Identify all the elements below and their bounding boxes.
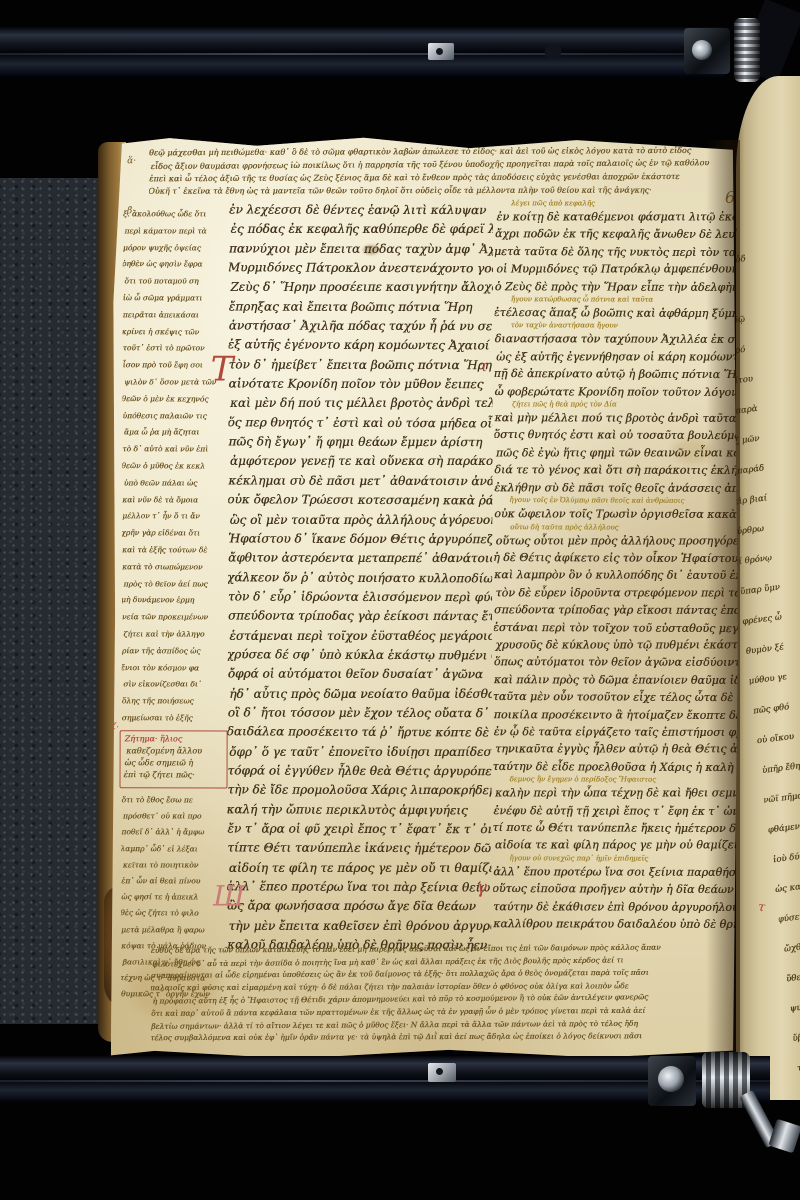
slider-screw-icon bbox=[436, 1068, 443, 1075]
paraphrase-line: ἡ δὲ Θέτις ἀφίκετο εἰς τὸν οἶκον Ἡφαίστο… bbox=[493, 549, 741, 568]
verse-line: ὄφρά οἱ αὐτόματοι θεῖον δυσαίατ᾽ ἀγῶνα bbox=[228, 665, 492, 685]
paraphrase-line: χρυσοῦς δὲ κύκλους ὑπὸ τῷ πυθμένι ἑκάστῳ… bbox=[495, 636, 743, 653]
scholia-line: Οὐκῆ τ᾽ ἐκεῖνα τὰ ἔθνη ὡς τὰ μαντεῖα τῶν… bbox=[149, 183, 728, 197]
scholia-line: ἅμα ὦ ῥα μὴ ἄζηται bbox=[124, 425, 226, 442]
paraphrase-line: πῇ δὲ ἀπεκρίνατο αὐτῷ ἡ βοῶπις πότνια Ἥρ… bbox=[494, 365, 742, 384]
paraphrase-line: μετὰ ταῦτα δὲ ὅλης τῆς νυκτὸς περὶ τὸν τ… bbox=[494, 243, 742, 262]
scholia-line: ὅτι τὸ ἔθος ἔσω πε bbox=[121, 792, 224, 808]
verse-line: ὅς περ θνητός τ᾽ ἐστὶ καὶ οὐ τόσα μήδεα … bbox=[227, 413, 491, 434]
scholia-line: ἐπ᾽ ὧν αἱ θεαὶ πίνου bbox=[121, 873, 224, 889]
manuscript-page: ἅ· β̃· 6 θεῷ μάχεσθαι μὴ πειθώμεθα· καθ᾽… bbox=[111, 136, 739, 1060]
scholia-column-upper: ξ. ἀκολούθως ὧδε ὅτιπερὶ κάματον περὶ τὰ… bbox=[122, 206, 226, 727]
scholia-line: πρόσθετ᾽ οὐ καὶ προ bbox=[123, 809, 225, 825]
verse-line: ἐς πόδας ἐκ κεφαλῆς καθύπερθε δὲ φάρεϊ λ… bbox=[230, 220, 493, 239]
paraphrase-line: ἀλλ᾽ ἕπου προτέρω ἵνα σοι ξείνια παραθήσ… bbox=[493, 863, 741, 881]
verse-line: αἰδοίη τε φίλη τε πάρος γε μὲν οὔ τι θαμ… bbox=[229, 859, 493, 878]
paraphrase-line: ἐν ᾧ δὲ ταῦτα εἰργάζετο ταῖς ἐπιστήμοσι … bbox=[494, 723, 742, 741]
paraphrase-line: ταύτην δὲ εἶδε προελθοῦσα ἡ Χάρις ἡ καλὴ… bbox=[493, 758, 740, 777]
cradle-rail-top bbox=[0, 27, 724, 77]
rubric-initial-tau: Τ bbox=[211, 352, 234, 386]
clamp-arm-chrome bbox=[768, 1119, 800, 1154]
paraphrase-line: τί ποτε ὦ Θέτι τανύπεπλε ἥκεις ἡμέτερον … bbox=[493, 819, 740, 838]
paraphrase-line: λέγει πῶς ἀπὸ κεφαλῆς bbox=[495, 199, 743, 209]
scholia-line: ὅλης τῆς ποιήσεως bbox=[122, 693, 225, 710]
verse-line: ἀνστήσασ᾽ Ἀχιλῆα πόδας ταχύν ἦ ῥά νυ σεῖ… bbox=[229, 317, 493, 337]
scholia-line: σὶν εἰκονίζεσθαι δι᾽ bbox=[123, 677, 226, 694]
paraphrase-line: καὶ μὴν μέλλει πού τις βροτὸς ἀνδρὶ ταῦτ… bbox=[494, 409, 742, 427]
paraphrase-line: ὁ Ζεὺς δὲ πρὸς τὴν Ἥραν εἶπε τὴν ἀδελφὴν… bbox=[495, 278, 743, 296]
scholia-line: καὶ νῦν δὲ τὰ ὅμοια bbox=[122, 492, 225, 509]
scholia-line: καὶ τὰ ἑξῆς τούτων δὲ bbox=[122, 542, 225, 559]
scholia-line: κεῖται τὸ ποιητικὸν bbox=[123, 857, 225, 873]
scholia-line: μόρον ψυχῆς ὀψείας bbox=[123, 240, 226, 257]
verse-line: τὸν δ᾽ εὗρ᾽ ἱδρώοντα ἑλισσόμενον περὶ φύ… bbox=[228, 587, 492, 607]
verse-line: ἔν τ᾽ ἄρα οἱ φῦ χειρὶ ἔπος τ᾽ ἔφατ᾽ ἔκ τ… bbox=[227, 819, 491, 839]
paraphrase-line: ἐνέφυ δὲ αὐτῇ τῇ χειρὶ ἔπος τ᾽ ἔφη ἐκ τ᾽… bbox=[493, 802, 741, 820]
paraphrase-line: οὕτως εἰποῦσα προῆγεν αὐτὴν ἡ δῖα θεάων bbox=[493, 880, 740, 899]
note-line: ἐπὶ τῷ ζήτει πῶς· bbox=[124, 769, 226, 781]
scholia-line: θὲς ὡς ζήτει τὸ φιλο bbox=[121, 906, 223, 923]
verse-line: παννύχιοι μὲν ἔπειτα πόδας ταχὺν ἀμφ᾽ Ἀχ… bbox=[229, 239, 493, 259]
facing-page: καὶ χαλκἐκείνηςτῇ περὶ βρἐρυμήγαφύεω πρό… bbox=[736, 76, 800, 1100]
paraphrase-line: ὅπως αὐτόματοι τὸν θεῖον ἀγῶνα εἰσδύοιντ… bbox=[494, 654, 742, 672]
verse-line: ἄφθιτον ἀστερόεντα μεταπρεπέ᾽ ἀθανάτοισι bbox=[228, 549, 492, 569]
paraphrase-line: ἑστάναι περὶ τὸν τοῖχον τοῦ εὐσταθοῦς με… bbox=[493, 618, 741, 637]
paraphrase-line: οὕτως οὗτοι μὲν πρὸς ἀλλήλους προσηγόρευ… bbox=[496, 532, 743, 549]
verse-line: ἀμφότερον γενεῇ τε καὶ οὕνεκα σὴ παράκοι… bbox=[230, 452, 493, 471]
paraphrase-line: διά τε τὸ γένος καὶ ὅτι σὴ παράκοιτις ἐκ… bbox=[494, 461, 742, 479]
rail-notch-top bbox=[545, 46, 561, 58]
scholia-line: λαμπρ᾽ ὧδ᾽ εἰ λέξαι bbox=[121, 841, 223, 858]
paraphrase-line: ὡς ἐξ αὐτῆς ἐγεννήθησαν οἱ κάρη κομόωντε… bbox=[496, 348, 743, 365]
scholia-line: ὡς φησί τε ἡ ἀπεικλ bbox=[121, 889, 224, 905]
scholia-line: σημείωσαι τὸ ἑξῆς bbox=[122, 710, 225, 727]
verse-line: οὐκ ὄφελον Τρώεσσι κοτεσσαμένη κακὰ ῥάψα… bbox=[227, 490, 491, 511]
note-line: Ζήτημα· ἥλιος bbox=[125, 733, 227, 745]
verse-line: δαιδάλεα προσέκειτο τά ῥ᾽ ἤρτυε κόπτε δὲ… bbox=[227, 722, 491, 743]
paraphrase-line: ἐν κοίτῃ δὲ καταθέμενοι φάσματι λιτῷ ἐκά… bbox=[496, 209, 743, 226]
scholia-line: τέλος συμβαλλόμενα καὶ οὐκ ἐφ᾽ ἡμῖν ὁρᾶν… bbox=[151, 1030, 737, 1045]
verse-line: ὣς οἳ μὲν τοιαῦτα πρὸς ἀλλήλους ἀγόρευον bbox=[230, 510, 493, 529]
paraphrase-line: τὸν δὲ εὗρεν ἱδροῦντα στρεφόμενον περὶ τ… bbox=[496, 584, 744, 601]
scholia-line: πρὸς τὸ θεῖον ἀεί πως bbox=[124, 576, 226, 593]
paraphrase-line: ἄχρι ποδῶν ἐκ τῆς κεφαλῆς ἄνωθεν δὲ λευκ… bbox=[495, 226, 743, 244]
main-text-column-left: ἐν λεχέεσσι δὲ θέντες ἑανῷ λιτὶ κάλυψανἐ… bbox=[227, 200, 493, 955]
rail-slider-top bbox=[428, 43, 454, 60]
scholia-line: ζήτει καὶ τὴν ἀλληγο bbox=[123, 626, 226, 643]
scholia-line: χρῆν γὰρ εἰδέναι ὅτι bbox=[122, 525, 225, 542]
scholia-line: κατὰ τὸ σιωπώμενον bbox=[122, 559, 225, 576]
scholia-line: ὑπὸ θεῶν πάλαι ὡς bbox=[124, 475, 226, 492]
verse-line: καλή τὴν ὤπυιε περικλυτὸς ἀμφιγυήεις bbox=[227, 800, 490, 821]
verse-line: σπεύδοντα τρίποδας γὰρ ἐείκοσι πάντας ἔτ… bbox=[228, 607, 492, 627]
verse-line: ἑστάμεναι περὶ τοῖχον ἐϋσταθέος μεγάροιο bbox=[229, 626, 493, 645]
rubric-initial-omega: Ш bbox=[213, 882, 245, 910]
verse-line: τὴν μὲν ἔπειτα καθεῖσεν ἐπὶ θρόνου ἀργυρ… bbox=[229, 917, 493, 936]
paraphrase-line: τηνικαῦτα ἐγγὺς ἦλθεν αὐτῷ ἡ θεὰ Θέτις ἀ… bbox=[495, 741, 743, 758]
paraphrase-line: ταύτην δὲ ἐκάθισεν ἐπὶ θρόνου ἀργυροήλου… bbox=[493, 898, 741, 916]
scholia-line: τὸ δ᾽ αὐτὸ καὶ νῦν ἐπὶ bbox=[122, 441, 225, 458]
roller-sheen bbox=[734, 18, 760, 82]
verse-line: ὣς ἄρα φωνήσασα πρόσω ἄγε δῖα θεάων bbox=[227, 897, 491, 917]
rubric-mark-tau: τ bbox=[480, 359, 488, 374]
verse-line: κέκλημαι σὺ δὲ πᾶσι μετ᾽ ἀθανάτοισιν ἀνά… bbox=[228, 471, 492, 491]
rubric-mark-gamma: γ bbox=[476, 879, 487, 897]
paraphrase-line: ἤγουν οὐ συνεχῶς παρ᾽ ἡμῖν ἐπιδημεῖς bbox=[493, 854, 741, 864]
paraphrase-line: αἰδοία τε καὶ φίλη πάρος γε μὴν οὐ θαμίζ… bbox=[495, 837, 743, 854]
note-line: καθεζομένη ἄλλου bbox=[126, 745, 228, 757]
scholia-line: μὴ δυνάμενον ἑρμη bbox=[122, 592, 224, 609]
scholia-line: περὶ κάματον περὶ τὰ bbox=[124, 223, 226, 240]
verse-line: ἐν λεχέεσσι δὲ θέντες ἑανῷ λιτὶ κάλυψαν bbox=[229, 200, 493, 220]
scholia-line: θεῶν ὁ μὲν ἐκ κεχηνός bbox=[122, 391, 225, 408]
note-line: ὡς ὧδε σημειῶ ἡ bbox=[125, 757, 227, 769]
scholia-line: ποθεῖ δ᾽ ἀλλ᾽ ἡ ἄμφω bbox=[121, 825, 224, 841]
scholia-line: νεία τῶν προκειμένων bbox=[122, 609, 225, 626]
scholia-line: ρίαν τῆς ἀσπίδος ὡς bbox=[122, 643, 225, 660]
scholia-line: ὅτι τοῦ ποταμοῦ ση bbox=[124, 274, 226, 291]
scholia-line: ὑπόθεσις παλαιῶν τις bbox=[122, 408, 225, 425]
paraphrase-line: σπεύδοντα τρίποδας γὰρ εἴκοσι πάντας ἐπο… bbox=[494, 601, 742, 619]
clamp-screw-icon bbox=[692, 40, 712, 60]
paraphrase-line: καὶ λαμπρὸν ὃν ὁ κυλλοπόδης δι᾽ ἑαυτοῦ ἐ… bbox=[494, 566, 742, 584]
quire-mark: ἅ· bbox=[127, 156, 136, 166]
main-text-column-right: λέγει πῶς ἀπὸ κεφαλῆςἐν κοίτῃ δὲ καταθέμ… bbox=[493, 199, 743, 933]
paraphrase-line: οὐκ ὤφειλον τοῖς Τρωσὶν ὀργισθεῖσα κακὰ … bbox=[494, 505, 742, 523]
scholia-line: ξ. ἀκολούθως ὧδε ὅτι bbox=[123, 206, 226, 223]
scholia-line: μέλλον τ᾽ ἦν ὅ τι ἄν bbox=[122, 509, 225, 526]
scholia-line: ἰὼ ὦ σῶμα γράμματι bbox=[123, 290, 226, 307]
scholia-line: μετὰ μέλαθρα ἢ φαρω bbox=[121, 922, 224, 938]
verse-line: καὶ μὲν δή πού τις μέλλει βροτὸς ἀνδρὶ τ… bbox=[230, 394, 493, 413]
verse-line: Ἡφαίστου δ᾽ ἵκανε δόμον Θέτις ἀργυρόπεζα bbox=[228, 529, 492, 549]
manuscript-photo: καὶ χαλκἐκείνηςτῇ περὶ βρἐρυμήγαφύεω πρό… bbox=[0, 0, 800, 1200]
scholia-line: κρίνει ἡ σκέψις τῶν bbox=[122, 324, 225, 341]
paraphrase-line: πῶς δὲ ἐγὼ ἥτις φημὶ τῶν θεαινῶν εἶναι κ… bbox=[496, 444, 743, 461]
paraphrase-line: καλλίθρου πεικράτου δαιδαλέου ὑπὸ δὲ θρῆ… bbox=[493, 915, 741, 933]
paraphrase-line: ταῦτα μὲν οὖν τοσοῦτον εἶχε τέλος ὦτα δὲ… bbox=[493, 688, 741, 707]
paraphrase-line: ἐτέλεσας ἅπαξ ὦ βοῶπις καὶ ἀφθάρμη ξύμπα… bbox=[494, 304, 742, 323]
paraphrase-line: οἱ Μυρμιδόνες τῷ Πατρόκλῳ ἀμφεπένθουν ὀδ… bbox=[496, 261, 743, 278]
verse-line: ἠδ᾽ αὖτις πρὸς δῶμα νεοίατο θαῦμα ἰδέσθα… bbox=[229, 684, 493, 703]
paraphrase-line: ὅστις θνητός ἐστι καὶ οὐ τοσαῦτα βουλεύμ… bbox=[493, 426, 741, 445]
scholia-line: ῥηθὲν ὡς φησὶν ἔφρα bbox=[122, 256, 225, 273]
verse-line: οἳ δ᾽ ἤτοι τόσσον μὲν ἔχον τέλος οὔατα δ… bbox=[228, 703, 492, 723]
clamp-screw-icon bbox=[658, 1066, 684, 1092]
paraphrase-line: ποικίλα προσέκειντο ἃ ἡτοίμαζεν ἔκοπτε δ… bbox=[494, 706, 742, 724]
scholia-note-box: Ζήτημα· ἥλιοςκαθεζομένη ἄλλουὡς ὧδε σημε… bbox=[120, 730, 228, 788]
facing-page-text: καὶ χαλκἐκείνηςτῇ περὶ βρἐρυμήγαφύεω πρό… bbox=[736, 86, 800, 1100]
paraphrase-line: καλὴν περὶ τὴν ὦπα τέχνῃ δὲ καὶ ἤθει σεμ… bbox=[495, 785, 743, 802]
scholia-line: πειρᾶται ἀπεικάσαι bbox=[123, 307, 226, 324]
verse-line: τίπτε Θέτι τανύπεπλε ἱκάνεις ἡμέτερον δῶ bbox=[227, 839, 491, 859]
page-clamp-top-right bbox=[684, 16, 784, 86]
verse-line: αἰνότατε Κρονίδη ποῖον τὸν μῦθον ἔειπες bbox=[229, 375, 493, 395]
bottom-marginalia: εὐθὺς δὲ ἄρα τῆς τῶν ὅπλων κατασκευῆς τὸ… bbox=[151, 941, 738, 1045]
verse-line: τόφρά οἱ ἐγγύθεν ἦλθε θεὰ Θέτις ἀργυρόπε… bbox=[228, 761, 492, 781]
verse-line: χάλκεον ὅν ῥ᾽ αὐτὸς ποιήσατο κυλλοποδίων bbox=[227, 568, 491, 589]
rail-slider-bottom bbox=[428, 1063, 456, 1082]
verse-line: ὄφρ᾽ ὅ γε ταῦτ᾽ ἐπονεῖτο ἰδυίῃσι πραπίδε… bbox=[229, 742, 493, 761]
verse-line: τὸν δ᾽ ἠμείβετ᾽ ἔπειτα βοῶπις πότνια Ἥρη bbox=[229, 355, 493, 375]
top-marginalia: θεῷ μάχεσθαι μὴ πειθώμεθα· καθ᾽ ὃ δὲ τὸ … bbox=[149, 144, 729, 199]
rail-groove bbox=[0, 53, 724, 55]
verse-line: χρύσεα δέ σφ᾽ ὑπὸ κύκλα ἑκάστῳ πυθμένι θ… bbox=[227, 645, 491, 666]
paraphrase-line: ὦ φοβερώτατε Κρονίδη ποῖον τοῦτον λόγον … bbox=[495, 383, 743, 401]
verse-line: τὴν δὲ ἴδε προμολοῦσα Χάρις λιπαροκρήδεμ… bbox=[227, 781, 491, 801]
paraphrase-line: ζήτει πῶς ἡ θεὰ πρὸς τὸν Δία bbox=[496, 401, 743, 410]
paraphrase-line: καὶ πάλιν πρὸς τὸ δῶμα ἐπανίοιεν θαῦμα ἰ… bbox=[494, 671, 742, 689]
paraphrase-line: ἐκλήθην σὺ δὲ πᾶσι τοῖς θεοῖς ἀνάσσεις ἁ… bbox=[494, 479, 742, 497]
knurled-roller bbox=[734, 18, 760, 82]
paraphrase-line: οὕτω δὴ ταῦτα πρὸς ἀλλήλους bbox=[494, 523, 742, 533]
paraphrase-line: διαναστήσασα τὸν ταχύπουν Ἀχιλλέα ἐκ σοῦ… bbox=[495, 331, 743, 349]
verse-line: ἀλλ᾽ ἕπεο προτέρω ἵνα τοι πὰρ ξείνια θεί… bbox=[227, 877, 490, 898]
verse-line: ἔπρηξας καὶ ἔπειτα βοῶπις πότνια Ἥρη bbox=[229, 297, 493, 317]
scholia-line: ἔνιοι τὸν κόσμον φα bbox=[122, 660, 224, 677]
paraphrase-line: ἤγουν τοῖς ἐν Ὀλύμπῳ πᾶσι θεοῖς καὶ ἀνθρ… bbox=[493, 496, 741, 506]
slider-screw-icon bbox=[436, 48, 443, 55]
verse-line: Ζεὺς δ᾽ Ἥρην προσέειπε κασιγνήτην ἄλοχόν… bbox=[230, 278, 493, 297]
verse-line: πῶς δὴ ἔγωγ᾽ ἥ φημι θεάων ἔμμεν ἀρίστη bbox=[228, 433, 492, 453]
verse-line: Μυρμιδόνες Πάτροκλον ἀνεστενάχοντο γοῶντ… bbox=[228, 258, 492, 279]
scholia-line: θεῶν ὁ μῦθος ἐκ κεκλ bbox=[122, 458, 225, 475]
verse-line: ἐξ αὐτῆς ἐγένοντο κάρη κομόωντες Ἀχαιοί bbox=[228, 336, 492, 357]
